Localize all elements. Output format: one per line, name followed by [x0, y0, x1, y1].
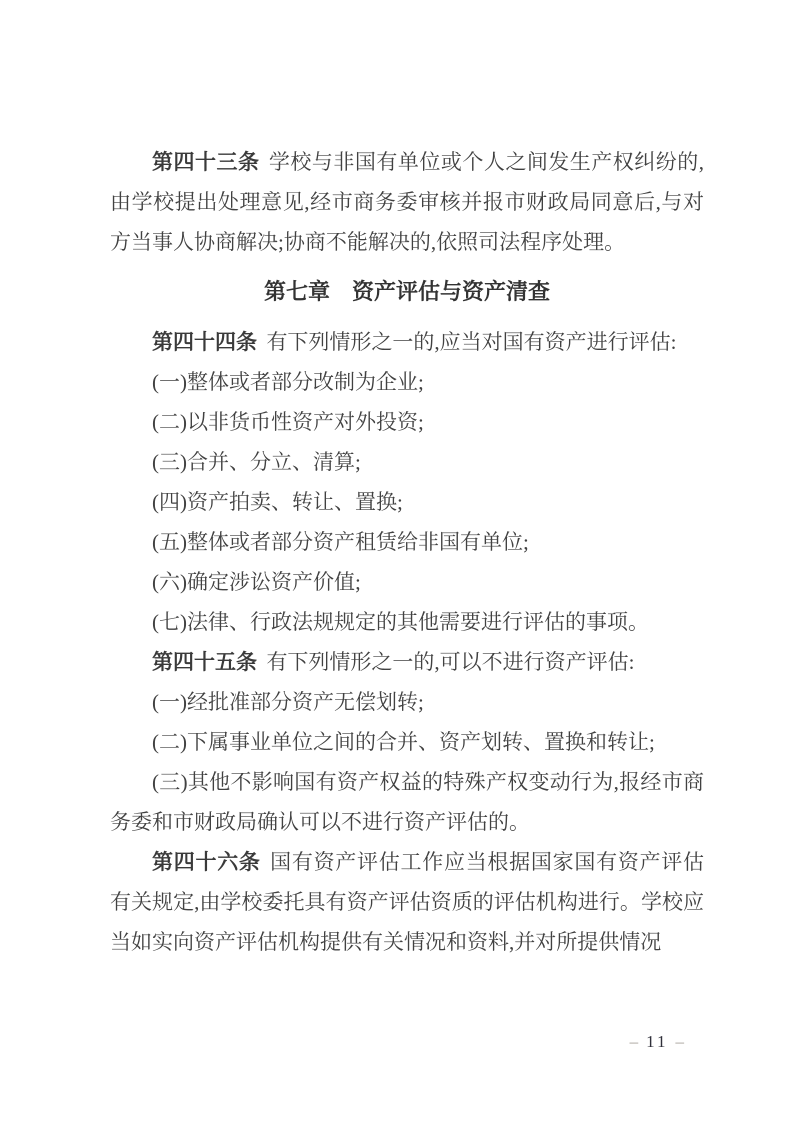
article-44-paragraph: 第四十四条有下列情形之一的,应当对国有资产进行评估: — [110, 322, 704, 362]
article-44-item-5: (五)整体或者部分资产租赁给非国有单位; — [110, 522, 704, 562]
footer-dash-left: – — [630, 1032, 640, 1051]
article-44-item-1: (一)整体或者部分改制为企业; — [110, 362, 704, 402]
article-45-number: 第四十五条 — [152, 650, 257, 674]
article-44-text: 有下列情形之一的,应当对国有资产进行评估: — [266, 330, 676, 354]
article-45-item-1: (一)经批准部分资产无偿划转; — [110, 682, 704, 722]
article-46-paragraph: 第四十六条国有资产评估工作应当根据国家国有资产评估有关规定,由学校委托具有资产评… — [110, 842, 704, 962]
page-footer: –11– — [623, 1030, 692, 1054]
article-44-number: 第四十四条 — [152, 330, 257, 354]
article-44-item-2: (二)以非货币性资产对外投资; — [110, 402, 704, 442]
article-44-item-4: (四)资产拍卖、转让、置换; — [110, 482, 704, 522]
article-44-item-7: (七)法律、行政法规规定的其他需要进行评估的事项。 — [110, 602, 704, 642]
document-page: 第四十三条学校与非国有单位或个人之间发生产权纠纷的,由学校提出处理意见,经市商务… — [0, 0, 794, 1123]
article-43-paragraph: 第四十三条学校与非国有单位或个人之间发生产权纠纷的,由学校提出处理意见,经市商务… — [110, 142, 704, 262]
document-body: 第四十三条学校与非国有单位或个人之间发生产权纠纷的,由学校提出处理意见,经市商务… — [110, 0, 704, 962]
article-45-paragraph: 第四十五条有下列情形之一的,可以不进行资产评估: — [110, 642, 704, 682]
article-46-number: 第四十六条 — [152, 850, 261, 874]
article-45-item-3: (三)其他不影响国有资产权益的特殊产权变动行为,报经市商务委和市财政局确认可以不… — [110, 762, 704, 842]
article-45-item-2: (二)下属事业单位之间的合并、资产划转、置换和转让; — [110, 722, 704, 762]
footer-dash-right: – — [676, 1032, 686, 1051]
article-44-item-3: (三)合并、分立、清算; — [110, 442, 704, 482]
article-44-item-6: (六)确定涉讼资产价值; — [110, 562, 704, 602]
article-43-number: 第四十三条 — [152, 150, 259, 174]
page-number: 11 — [646, 1032, 668, 1051]
chapter-7-heading: 第七章 资产评估与资产清查 — [110, 272, 704, 312]
article-45-text: 有下列情形之一的,可以不进行资产评估: — [266, 650, 634, 674]
